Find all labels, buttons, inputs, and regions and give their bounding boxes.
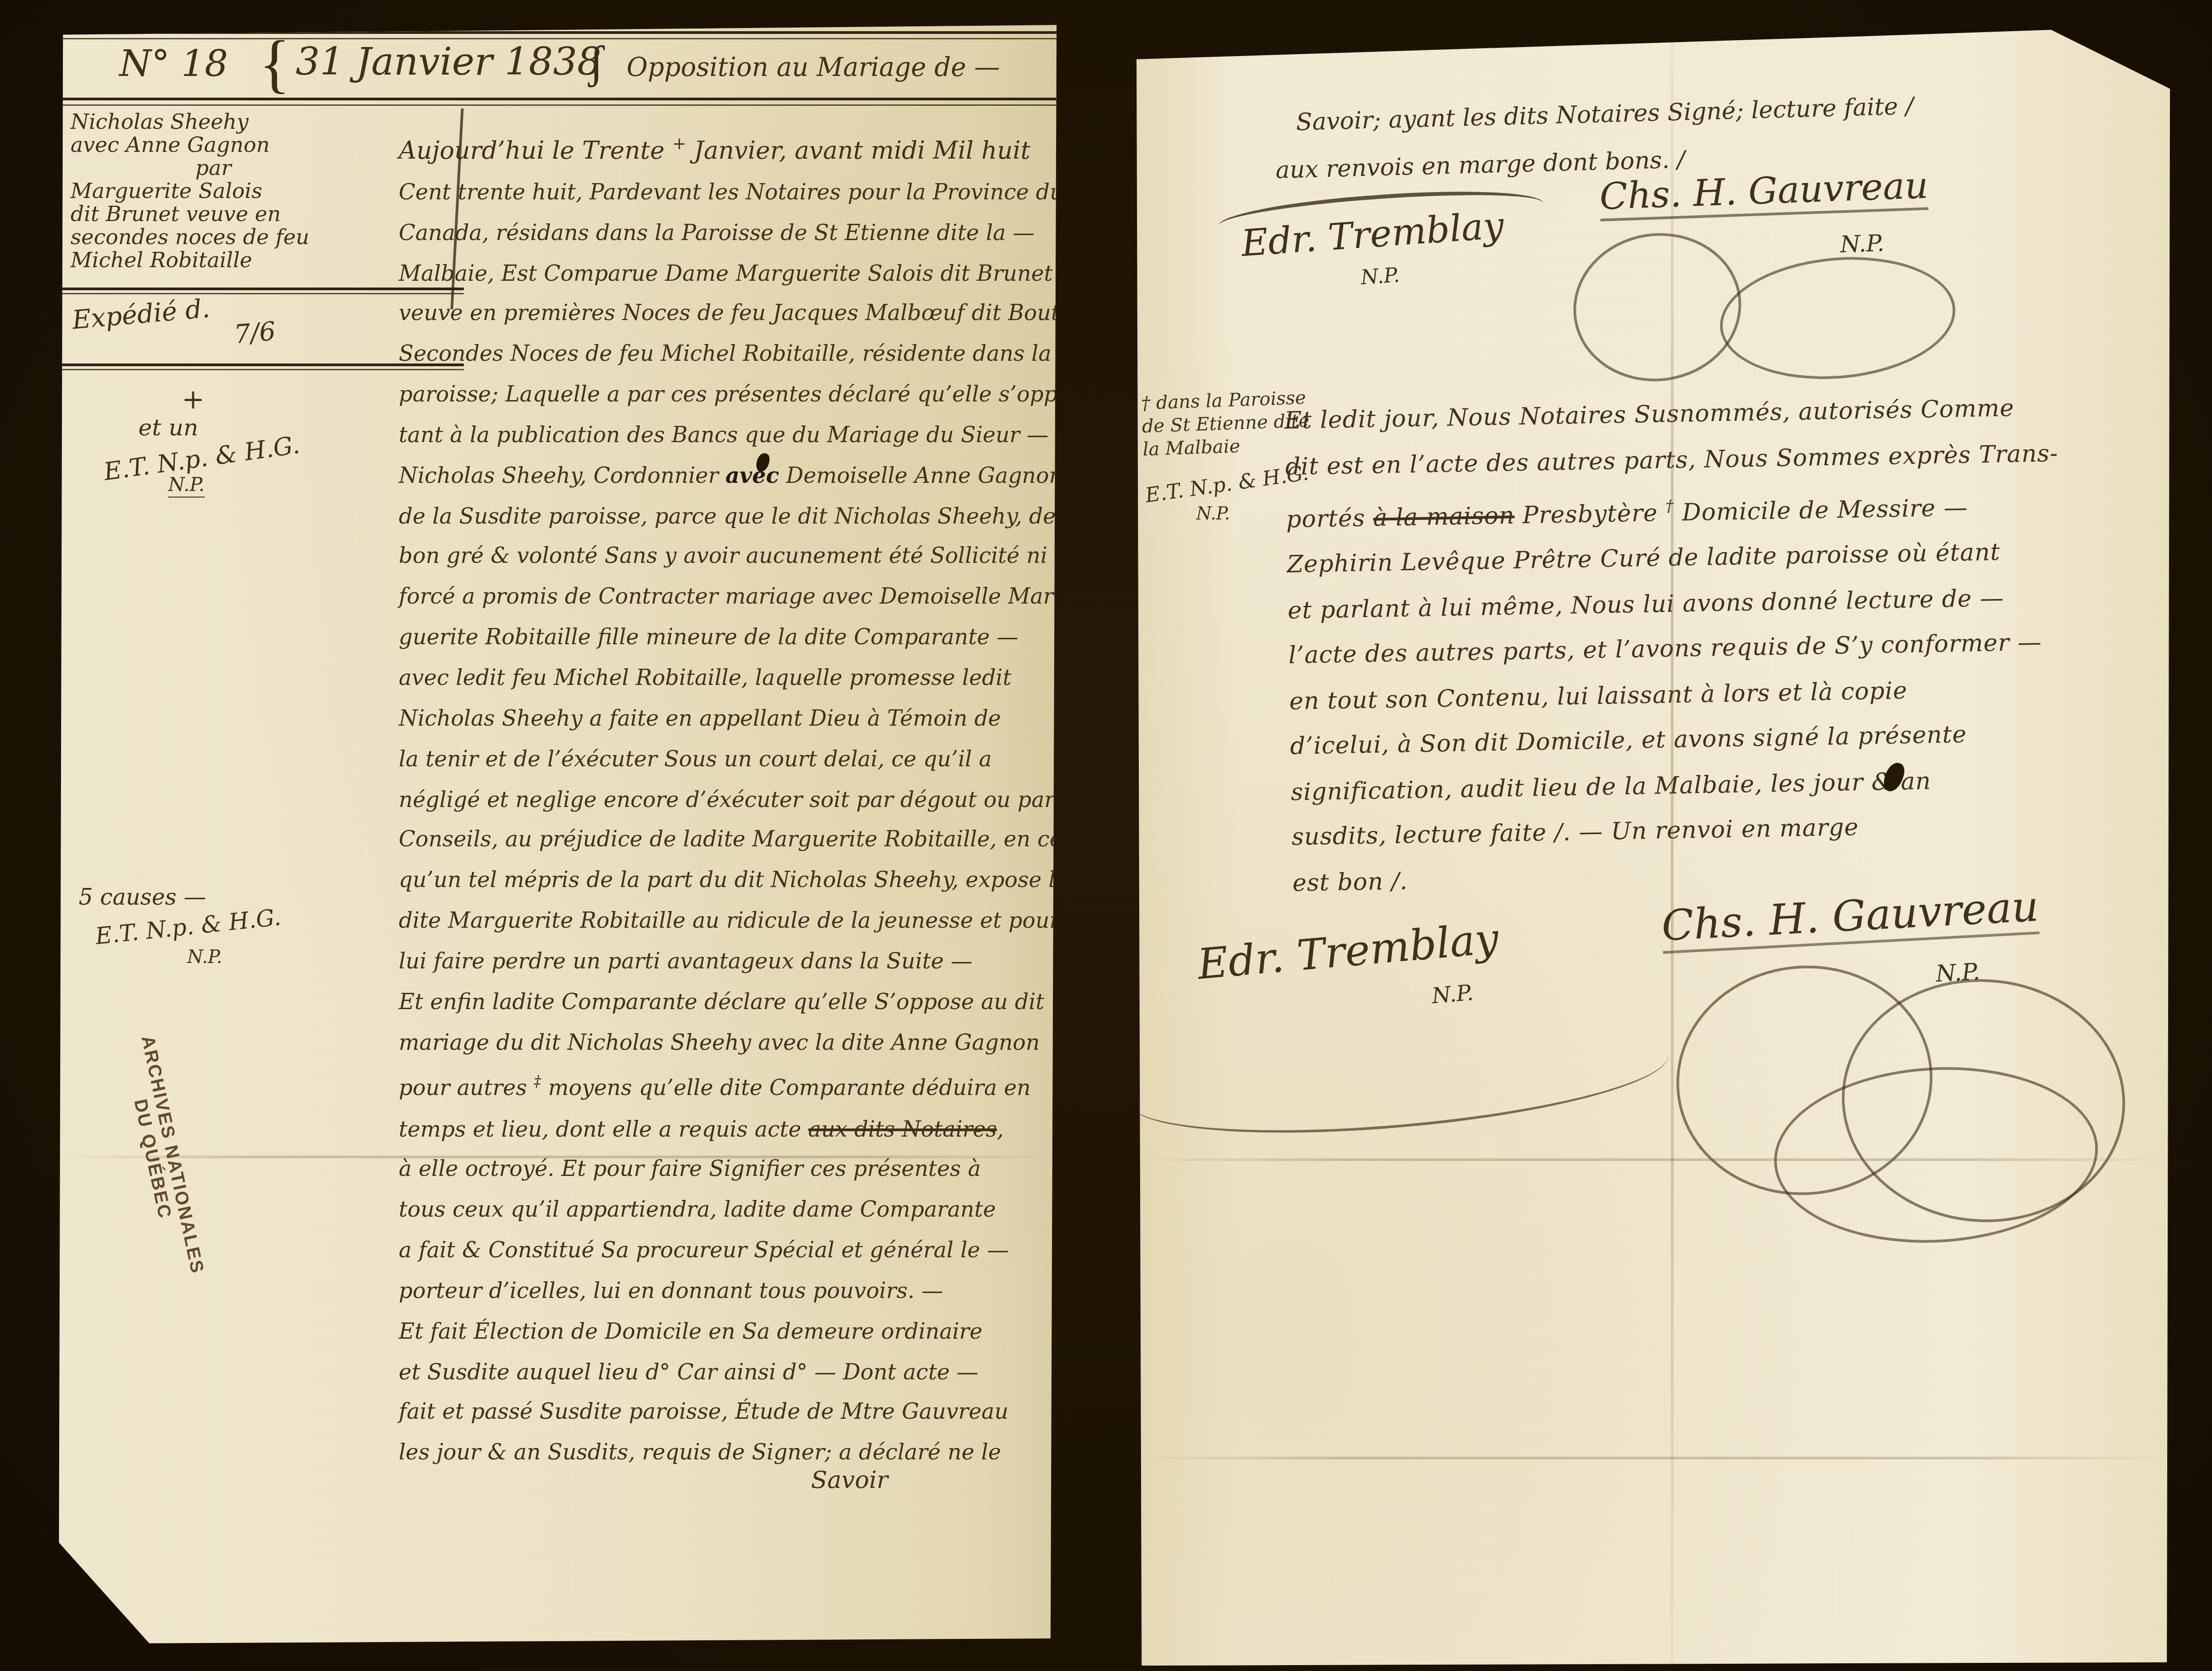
manuscript-line: pour autres ‡ moyens qu’elle dite Compar…: [399, 1062, 1141, 1109]
manuscript-line: tant à la publication des Bancs que du M…: [399, 415, 1141, 456]
manuscript-line: guerite Robitaille fille mineure de la d…: [399, 617, 1141, 658]
renvoi-plus-mark: +: [182, 382, 204, 415]
act-title: Opposition au Mariage de —: [627, 53, 1000, 83]
signature-name: Edr. Tremblay: [1240, 205, 1505, 265]
signification-text: Et ledit jour, Nous Notaires Susnommés, …: [1284, 387, 2066, 908]
notary-paraph-np: N.P.: [168, 475, 205, 498]
header-brace: {: [259, 27, 290, 102]
margin-note-line: Nicholas Sheehy: [71, 111, 453, 134]
manuscript-line: les jour & an Susdits, requis de Signer;…: [399, 1433, 1141, 1473]
manuscript-line: Et fait Élection de Domicile en Sa demeu…: [399, 1311, 1141, 1352]
notary-paraph-margin-np: N.P.: [1196, 505, 1230, 525]
notary-paraph-2: E.T. N.p. & H.G.: [94, 905, 283, 951]
manuscript-line: Malbaie, Est Comparue Dame Marguerite Sa…: [399, 253, 1141, 294]
manuscript-line: forcé a promis de Contracter mariage ave…: [399, 577, 1141, 618]
manuscript-line: dite Marguerite Robitaille au ridicule d…: [399, 901, 1141, 941]
paper-crease: [1137, 1158, 2170, 1161]
manuscript-line: veuve en premières Noces de feu Jacques …: [399, 293, 1141, 334]
expedie-note: Expédié d.7/6: [71, 290, 277, 364]
causes-margin-note: 5 causes —: [79, 884, 206, 910]
manuscript-line: Secondes Noces de feu Michel Robitaille,…: [399, 334, 1141, 375]
manuscript-line: fait et passé Susdite paroisse, Étude de…: [399, 1392, 1141, 1433]
signature-np: N.P.: [1360, 255, 1508, 290]
manuscript-line: avec ledit feu Michel Robitaille, laquel…: [399, 658, 1141, 699]
signature-tremblay-bottom: Edr. Tremblay N.P.: [1196, 915, 1504, 1029]
margin-note-line: Michel Robitaille: [71, 250, 453, 273]
header-rule-2: [57, 104, 1061, 106]
manuscript-line: Aujourd’hui le Trente + Janvier, avant m…: [399, 125, 1141, 172]
manuscript-line: paroisse; Laquelle a par ces présentes d…: [399, 374, 1141, 415]
manuscript-line: la tenir et de l’éxécuter Sous un court …: [399, 739, 1141, 779]
signature-flourish-oval: [1715, 248, 1960, 388]
manuscript-line: et Susdite auquel lieu d° Car ainsi d° —…: [399, 1352, 1141, 1392]
manuscript-line: Conseils, au préjudice de ladite Marguer…: [399, 820, 1141, 860]
manuscript-line: négligé et neglige encore d’éxécuter soi…: [399, 779, 1141, 820]
manuscript-line: lui faire perdre un parti avantageux dan…: [399, 941, 1141, 982]
manuscript-line: Nicholas Sheehy, Cordonnier avec Demoise…: [399, 455, 1141, 496]
renvoi-et-un-note: et un: [138, 415, 198, 442]
signature-name: Edr. Tremblay: [1196, 915, 1501, 990]
manuscript-line: porteur d’icelles, lui en donnant tous p…: [399, 1271, 1141, 1312]
manuscript-line: qu’un tel mépris de la part du dit Nicho…: [399, 860, 1141, 901]
signature-np: N.P.: [1431, 977, 1504, 1009]
manuscript-line: tous ceux qu’il appartiendra, ladite dam…: [399, 1190, 1141, 1231]
margin-note-line: par: [71, 157, 453, 180]
margin-parties-note: Nicholas Sheehyavec Anne GagnonparMargue…: [71, 111, 453, 273]
manuscript-line: a fait & Constitué Sa procureur Spécial …: [399, 1230, 1141, 1271]
margin-note-line: dit Brunet veuve en: [71, 203, 453, 227]
paper-crease: [57, 1156, 1061, 1158]
signature-np: N.P.: [1839, 229, 1930, 259]
header-rule: [57, 98, 1061, 100]
act-body-text: Aujourd’hui le Trente + Janvier, avant m…: [399, 125, 1141, 1473]
paper-crease: [1137, 1457, 2170, 1459]
renvoi-margin-note: † dans la Paroissede St Etienne ditela M…: [1141, 388, 1289, 462]
margin-note-line: la Malbaie: [1142, 434, 1290, 462]
manuscript-line: Et enfin ladite Comparante déclare qu’el…: [399, 982, 1141, 1022]
act-number: N° 18: [119, 43, 228, 85]
right-document-page: Savoir; ayant les dits Notaires Signé; l…: [1137, 30, 2170, 1666]
manuscript-line: temps et lieu, dont elle a requis acte a…: [399, 1109, 1141, 1150]
signature-tremblay-top: Edr. Tremblay N.P.: [1240, 205, 1508, 298]
savoir-word: Savoir: [811, 1468, 888, 1495]
notary-paraph-2-np: N.P.: [187, 947, 222, 968]
manuscript-line: Cent trente huit, Pardevant les Notaires…: [399, 172, 1141, 213]
act-date: 31 Janvier 1838: [296, 39, 601, 84]
manuscript-line: Canada, résidans dans la Paroisse de St …: [399, 212, 1141, 253]
left-document-page: N° 18 { 31 Janvier 1838 ʃ Opposition au …: [57, 22, 1061, 1647]
title-brace: ʃ: [589, 38, 604, 90]
margin-note-line: secondes noces de feu: [71, 227, 453, 250]
top-rule: [57, 31, 1061, 34]
margin-note-line: Marguerite Salois: [71, 180, 453, 203]
scanned-document-background: N° 18 { 31 Janvier 1838 ʃ Opposition au …: [0, 0, 2212, 1671]
paper-crease: [1671, 30, 1674, 1666]
manuscript-line: Nicholas Sheehy a faite en appellant Die…: [399, 698, 1141, 739]
manuscript-line: bon gré & volonté Sans y avoir aucunemen…: [399, 536, 1141, 577]
margin-note-line: avec Anne Gagnon: [71, 134, 453, 157]
manuscript-line: de la Susdite paroisse, parce que le dit…: [399, 496, 1141, 537]
manuscript-line: mariage du dit Nicholas Sheehy avec la d…: [399, 1022, 1141, 1063]
